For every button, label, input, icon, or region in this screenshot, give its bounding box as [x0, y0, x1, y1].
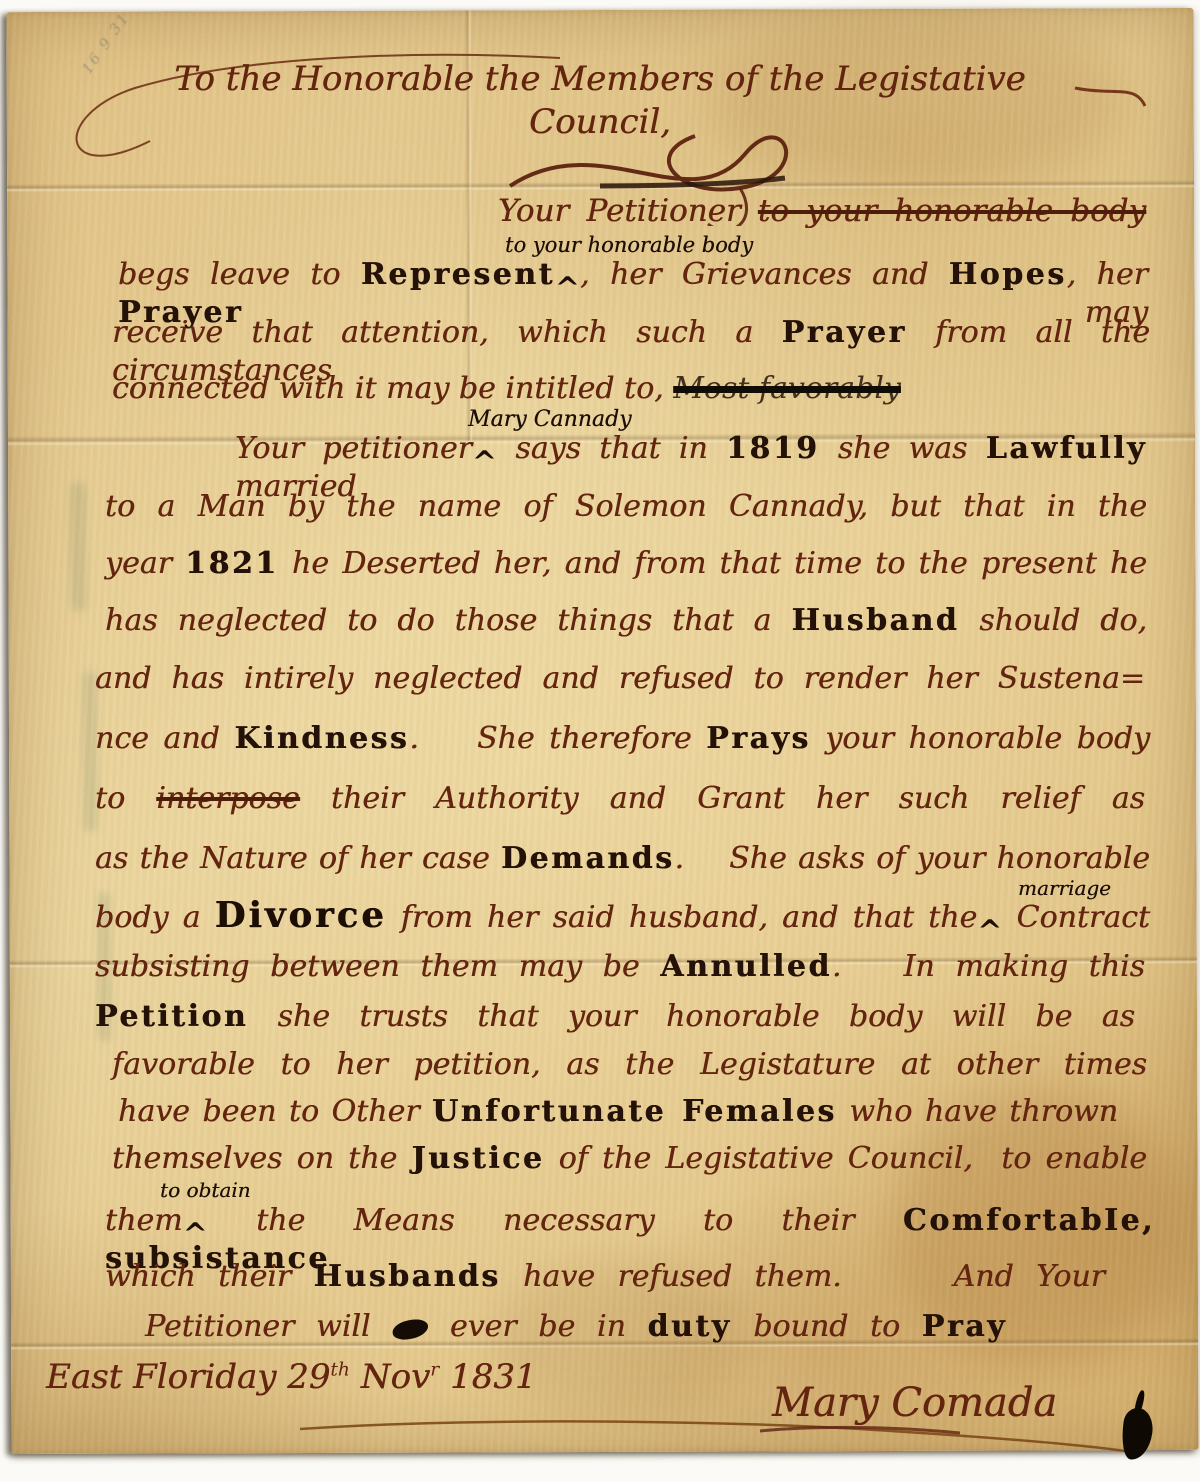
handwritten-text: nce and: [95, 721, 234, 756]
handwritten-text: Divorce: [215, 895, 387, 936]
handwritten-text: says that in: [497, 431, 726, 466]
line-your-petitioner: Your Petitioner to your honorable body: [498, 192, 1146, 231]
handwritten-text: to your honorable body: [505, 233, 753, 257]
handwritten-text: Annulled: [660, 949, 832, 984]
handwritten-text: as the Nature of her case: [95, 841, 501, 876]
handwritten-text: Prayer: [782, 315, 907, 350]
handwritten-text: begs leave to: [118, 257, 361, 292]
date-line: East Floriday 29th Novr 1831: [46, 1356, 536, 1399]
line-petition-she-trusts: Petition she trusts that your honorable …: [95, 998, 1135, 1036]
handwritten-text: receive that attention, which such a: [112, 315, 782, 350]
handwritten-text: bound to: [732, 1309, 922, 1344]
handwritten-text: has neglected to do those things that a: [105, 603, 791, 638]
line-themselves: themselves on the Justice of the Legista…: [112, 1140, 1147, 1178]
handwritten-text: East Floriday 29: [46, 1357, 330, 1397]
handwritten-text: duty: [647, 1309, 731, 1344]
handwritten-text: of the Legistative Council, to enable: [544, 1141, 1147, 1176]
handwritten-text: . She therefore: [409, 721, 706, 756]
line-year-1821: year 1821 he Deserted her, and from that…: [105, 545, 1147, 583]
handwritten-text: Justice: [411, 1141, 544, 1176]
inline-ink-blot: [391, 1318, 429, 1341]
line-subsisting: subsisting between them may be Annulled.…: [95, 948, 1145, 986]
line-nce-and-kindness: nce and Kindness. She therefore Prays yo…: [95, 720, 1150, 758]
handwritten-text: Demands: [501, 841, 674, 876]
handwritten-text: Prays: [706, 721, 811, 756]
handwritten-text: Mary Comada: [772, 1380, 1057, 1426]
insertion-to-your-honorable-body: to your honorable body: [505, 232, 753, 258]
handwritten-text: To the Honorable the Members of the Legi…: [174, 59, 1036, 142]
handwritten-text: which their: [105, 1259, 314, 1294]
handwritten-text: Husband: [791, 603, 959, 638]
handwritten-text: she trusts that your honorable body will…: [248, 999, 1135, 1034]
line-petitioner-will: Petitioner will ever be in duty bound to…: [145, 1308, 1007, 1346]
handwritten-text: , her: [1067, 257, 1158, 292]
handwritten-text: . She asks of your honorable: [674, 841, 1150, 876]
caret-mark: ^: [555, 270, 580, 308]
handwritten-text: subsisting between them may be: [95, 949, 660, 984]
line-body-a-divorce: body a Divorce from her said husband, an…: [95, 894, 1150, 938]
handwritten-text: she was: [819, 431, 985, 466]
handwritten-text: favorable to her petition, as the Legist…: [112, 1047, 1147, 1082]
handwritten-text: Kindness: [234, 721, 409, 756]
handwritten-text: Petition: [95, 999, 248, 1034]
handwritten-text: to a Man by the name of Solemon Cannady,…: [105, 489, 1147, 524]
handwritten-text: Lawfully: [986, 431, 1147, 466]
handwritten-text: have refused them. And Your: [501, 1259, 1105, 1294]
handwritten-text: from her said husband, and that the: [387, 900, 978, 935]
handwritten-text: . In making this: [832, 949, 1145, 984]
handwritten-text: to obtain: [160, 1178, 251, 1202]
handwritten-text: , her Grievances and: [580, 257, 949, 292]
handwritten-text: Most favorably: [673, 371, 901, 406]
handwritten-text: to your honorable body: [758, 193, 1146, 229]
line-to-a-man: to a Man by the name of Solemon Cannady,…: [105, 488, 1147, 526]
handwritten-text: Represent: [361, 257, 555, 292]
handwritten-text: Your petitioner: [235, 431, 472, 466]
handwritten-text: Nov: [350, 1357, 430, 1397]
handwritten-text: to: [95, 781, 156, 816]
handwritten-text: the Means necessary to their: [208, 1203, 903, 1238]
handwritten-text: interpose: [156, 781, 299, 816]
caret-mark: ^: [977, 913, 1002, 951]
line-favorable: favorable to her petition, as the Legist…: [112, 1046, 1147, 1084]
handwritten-text: Your Petitioner: [498, 193, 758, 229]
handwritten-text: your honorable body: [811, 721, 1150, 756]
handwritten-text: 1821: [185, 546, 279, 581]
insertion-to-obtain: to obtain: [160, 1178, 251, 1203]
document-content: 16 9 31 To the Honorable the Members of …: [0, 0, 1200, 1482]
handwritten-text: Pray: [922, 1309, 1007, 1344]
line-to-interpose: to interpose their Authority and Grant h…: [95, 780, 1145, 818]
handwritten-text: Contract: [1002, 900, 1150, 935]
handwritten-text: Husbands: [314, 1259, 501, 1294]
caret-mark: ^: [472, 444, 497, 482]
handwritten-text: ever be in: [428, 1309, 647, 1344]
handwritten-text: Petitioner will: [145, 1309, 392, 1344]
handwritten-text: have been to Other: [118, 1094, 432, 1129]
handwritten-text: 1831: [439, 1357, 536, 1397]
handwritten-text: them: [105, 1203, 183, 1238]
heading: To the Honorable the Members of the Legi…: [130, 58, 1070, 143]
handwritten-text: body a: [95, 900, 215, 935]
scanned-document-page: 16 9 31 To the Honorable the Members of …: [0, 0, 1200, 1482]
handwritten-text: Unfortunate Females: [432, 1094, 837, 1129]
caret-mark: ^: [183, 1216, 208, 1254]
line-and-has-intirely: and has intirely neglected and refused t…: [95, 660, 1145, 698]
pencil-annotation: 16 9 31: [78, 9, 134, 78]
handwritten-text: r: [430, 1360, 439, 1381]
handwritten-text: 1819: [726, 431, 820, 466]
line-connected: connected with it may be intitled to, Mo…: [112, 370, 1012, 408]
handwritten-text: should do,: [959, 603, 1147, 638]
handwritten-text: themselves on the: [112, 1141, 411, 1176]
handwritten-text: Mary Cannady: [468, 407, 632, 432]
handwritten-text: and has intirely neglected and refused t…: [95, 661, 1145, 696]
handwritten-text: th: [330, 1360, 350, 1381]
line-which-their-husbands: which their Husbands have refused them. …: [105, 1258, 1105, 1296]
handwritten-text: he Deserted her, and from that time to t…: [279, 546, 1147, 581]
line-have-been: have been to Other Unfortunate Females w…: [118, 1093, 1118, 1131]
line-as-the-nature: as the Nature of her case Demands. She a…: [95, 840, 1150, 878]
handwritten-text: year: [105, 546, 185, 581]
handwritten-text: Hopes: [949, 257, 1067, 292]
line-has-neglected: has neglected to do those things that a …: [105, 602, 1147, 640]
signature-line: Mary Comada: [772, 1378, 1057, 1428]
handwritten-text: their Authority and Grant her such relie…: [300, 781, 1145, 816]
handwritten-text: connected with it may be intitled to,: [112, 371, 673, 406]
handwritten-text: who have thrown: [837, 1094, 1118, 1129]
